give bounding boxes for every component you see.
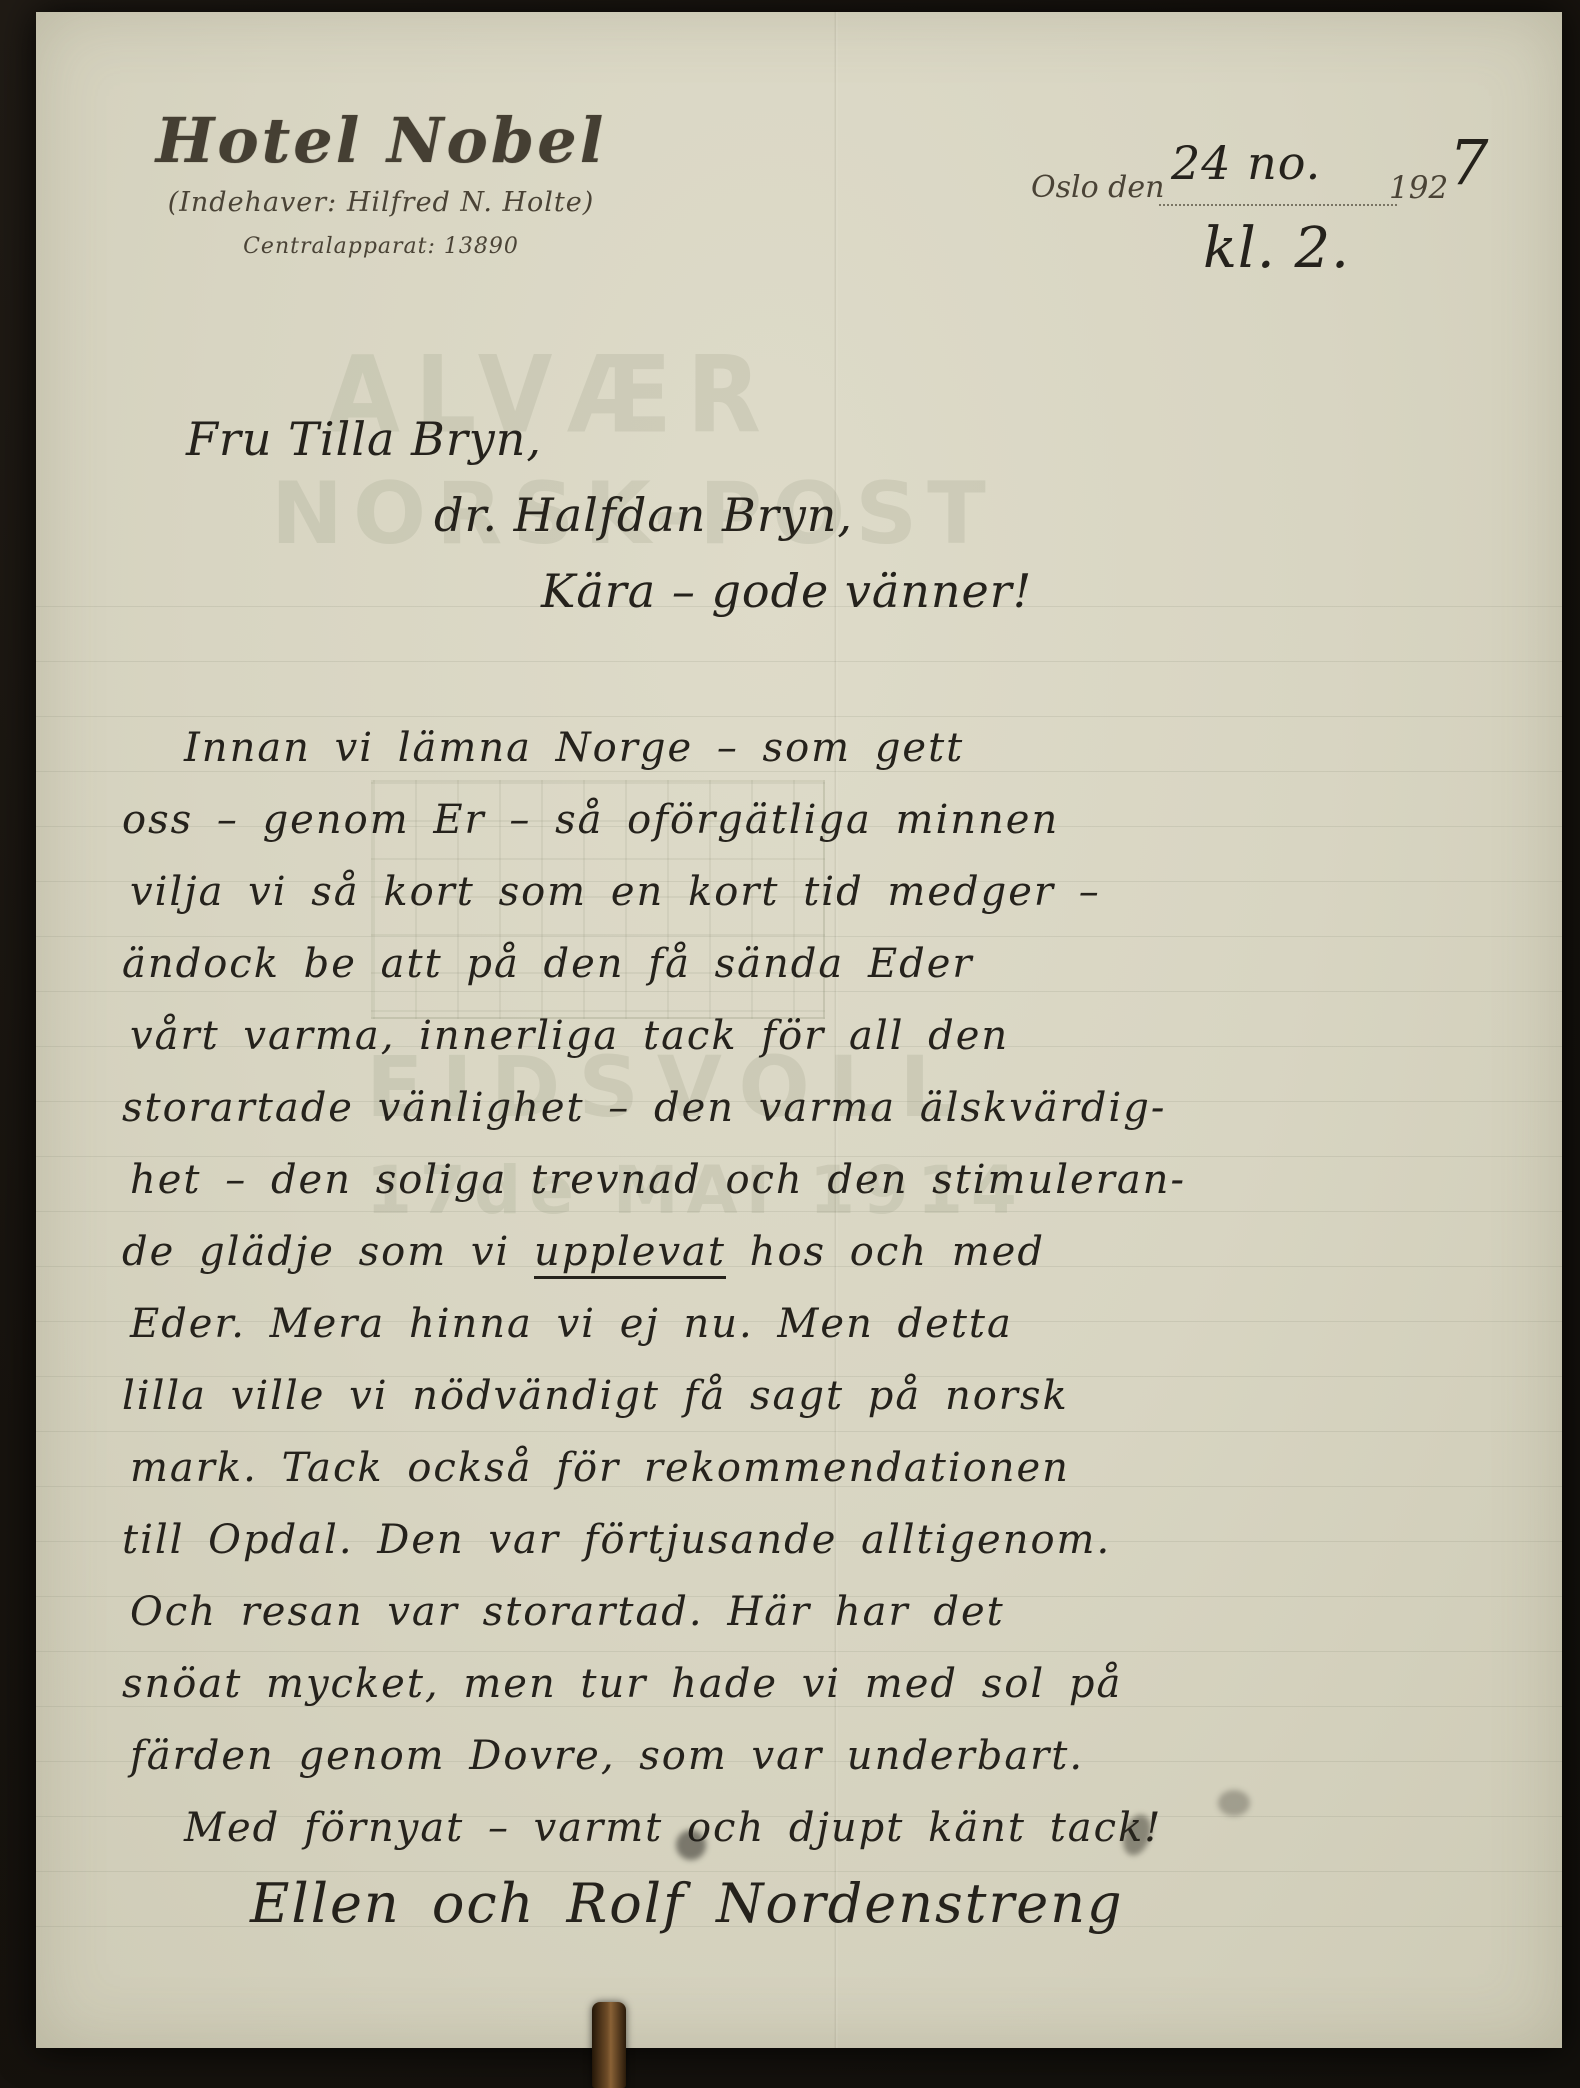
ink-smudge	[1218, 1790, 1250, 1816]
hotel-name: Hotel Nobel	[141, 104, 621, 177]
body-line: färden genom Dovre, som var underbart.	[130, 1720, 1222, 1792]
body-line: vilja vi så kort som en kort tid medger …	[130, 856, 1222, 928]
body-line: snöat mycket, men tur hade vi med sol på	[122, 1648, 1222, 1720]
body-line: ändock be att på den få sända Eder	[122, 928, 1222, 1000]
body-line: Eder. Mera hinna vi ej nu. Men detta	[130, 1288, 1222, 1360]
body-line: mark. Tack också för rekommendationen	[130, 1432, 1222, 1504]
salutation: Kära – gode vänner!	[541, 564, 1032, 618]
recipient-line: dr. Halfdan Bryn,	[434, 488, 853, 542]
date-year-digit-handwritten: 7	[1449, 126, 1489, 199]
body-line: oss – genom Er – så oförgätliga minnen	[122, 784, 1222, 856]
letter-page: ALVÆR NORSK-POST EIDSVOLL 17de MAI 1914 …	[36, 12, 1562, 2048]
underlined-word: upplevat	[534, 1229, 726, 1279]
body-line: storartade vänlighet – den varma älskvär…	[122, 1072, 1222, 1144]
body-line: de glädje som vi upplevat hos och med	[122, 1216, 1222, 1288]
body-line-segment: de glädje som vi	[122, 1229, 534, 1275]
body-line: lilla ville vi nödvändigt få sagt på nor…	[122, 1360, 1222, 1432]
recipient-line: Fru Tilla Bryn,	[186, 412, 542, 466]
ink-smudge	[676, 1830, 706, 1860]
body-line: Och resan var storartad. Här har det	[130, 1576, 1222, 1648]
wooden-stick	[592, 2002, 626, 2088]
signature: Ellen och Rolf Nordenstreng	[250, 1872, 1222, 1935]
body-line: till Opdal. Den var förtjusande alltigen…	[122, 1504, 1222, 1576]
body-line: het – den soliga trevnad och den stimule…	[130, 1144, 1222, 1216]
phone-line: Centralapparat: 13890	[141, 234, 621, 259]
date-day-handwritten: 24 no.	[1171, 136, 1321, 190]
letter-body: Innan vi lämna Norge – som gett oss – ge…	[122, 712, 1222, 1935]
date-prefix: Oslo den	[1031, 170, 1164, 205]
body-line: Innan vi lämna Norge – som gett	[184, 712, 1222, 784]
body-line: vårt varma, innerliga tack för all den	[130, 1000, 1222, 1072]
date-year-printed: 192	[1389, 170, 1448, 206]
date-note-handwritten: kl. 2.	[1203, 216, 1350, 281]
proprietor-line: (Indehaver: Hilfred N. Holte)	[141, 187, 621, 218]
body-line-segment: hos och med	[726, 1229, 1045, 1275]
letterhead: Hotel Nobel (Indehaver: Hilfred N. Holte…	[141, 104, 621, 259]
